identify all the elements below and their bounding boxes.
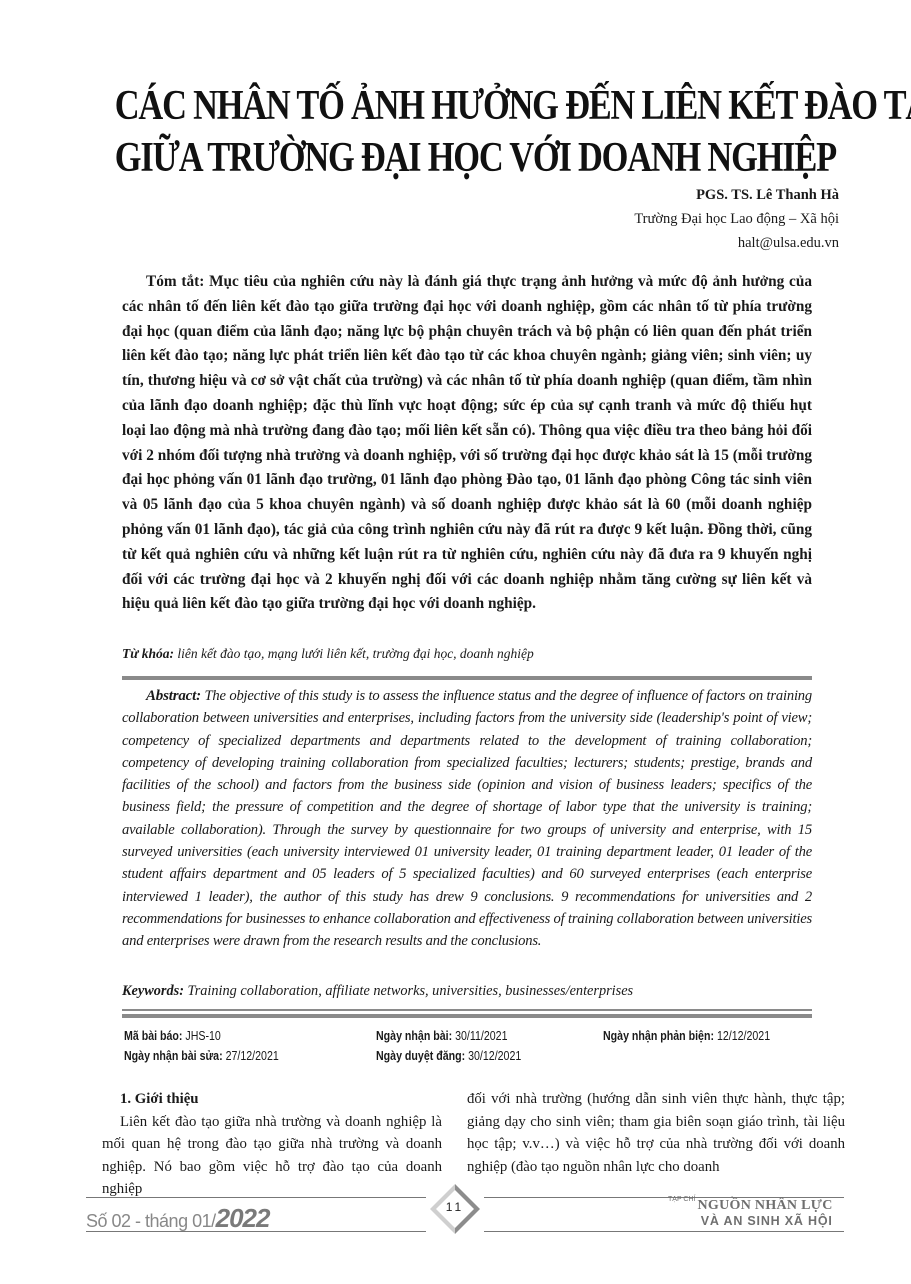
author-email[interactable]: halt@ulsa.edu.vn: [634, 231, 839, 255]
author-name: PGS. TS. Lê Thanh Hà: [634, 183, 839, 207]
abstract-english: Abstract: The objective of this study is…: [122, 685, 812, 953]
meta-divider-thick: [122, 1014, 812, 1018]
meta-received-value: 30/11/2021: [455, 1029, 507, 1043]
meta-review-value: 12/12/2021: [717, 1029, 770, 1043]
footer-line-top-left: [86, 1197, 426, 1198]
intro-paragraph-left: Liên kết đào tạo giữa nhà trường và doan…: [102, 1111, 442, 1201]
keywords-vi-label: Từ khóa:: [122, 646, 174, 661]
meta-review-label: Ngày nhận phản biện:: [603, 1029, 714, 1043]
meta-code-label: Mã bài báo:: [124, 1029, 182, 1043]
keywords-en-text: Training collaboration, affiliate networ…: [188, 983, 634, 999]
abstract-vietnamese: Tóm tắt: Mục tiêu của nghiên cứu này là …: [122, 270, 812, 617]
issue-year: 2022: [216, 1203, 270, 1233]
body-column-left: 1. Giới thiệu Liên kết đào tạo giữa nhà …: [102, 1088, 442, 1201]
meta-accepted-label: Ngày duyệt đăng:: [376, 1049, 465, 1063]
section-divider: [122, 676, 812, 680]
meta-accepted-value: 30/12/2021: [468, 1049, 521, 1063]
keywords-english: Keywords: Training collaboration, affili…: [122, 983, 633, 1000]
author-affiliation: Trường Đại học Lao động – Xã hội: [634, 207, 839, 231]
journal-brand: TẠP CHÍNGUỒN NHÂN LỰC VÀ AN SINH XÃ HỘI: [668, 1196, 833, 1228]
meta-revised-date: Ngày nhận bài sửa: 27/12/2021: [124, 1046, 279, 1066]
issue-text: Số 02 - tháng 01/: [86, 1211, 216, 1231]
keywords-vi-text: liên kết đào tạo, mạng lưới liên kết, tr…: [177, 646, 533, 661]
page-number: 11: [428, 1200, 482, 1214]
footer-line-bottom-right: [484, 1231, 844, 1232]
title-line-2: GIỮA TRƯỜNG ĐẠI HỌC VỚI DOANH NGHIỆP: [115, 132, 796, 184]
abstract-vi-text: Mục tiêu của nghiên cứu này là đánh giá …: [122, 273, 812, 612]
meta-divider-thin: [122, 1009, 812, 1011]
meta-revised-value: 27/12/2021: [226, 1049, 279, 1063]
title-line-1: CÁC NHÂN TỐ ẢNH HƯỞNG ĐẾN LIÊN KẾT ĐÀO T…: [115, 80, 796, 132]
abstract-vi-label: Tóm tắt:: [146, 273, 204, 290]
article-title: CÁC NHÂN TỐ ẢNH HƯỞNG ĐẾN LIÊN KẾT ĐÀO T…: [115, 80, 796, 184]
author-block: PGS. TS. Lê Thanh Hà Trường Đại học Lao …: [634, 183, 839, 255]
meta-accepted-date: Ngày duyệt đăng: 30/12/2021: [376, 1046, 521, 1066]
body-column-right: đối với nhà trường (hướng dẫn sinh viên …: [467, 1088, 845, 1178]
meta-received-label: Ngày nhận bài:: [376, 1029, 452, 1043]
journal-name-line-2: VÀ AN SINH XÃ HỘI: [668, 1214, 833, 1228]
section-heading-intro: 1. Giới thiệu: [102, 1088, 442, 1111]
meta-received-date: Ngày nhận bài: 30/11/2021: [376, 1026, 508, 1046]
keywords-vietnamese: Từ khóa: liên kết đào tạo, mạng lưới liê…: [122, 646, 534, 662]
journal-name-line-1: NGUỒN NHÂN LỰC: [698, 1198, 833, 1213]
keywords-en-label: Keywords:: [122, 983, 184, 999]
meta-article-code: Mã bài báo: JHS-10: [124, 1026, 221, 1046]
journal-prefix: TẠP CHÍ: [668, 1196, 696, 1203]
meta-code-value: JHS-10: [185, 1029, 220, 1043]
issue-info: Số 02 - tháng 01/2022: [86, 1203, 269, 1234]
intro-paragraph-right: đối với nhà trường (hướng dẫn sinh viên …: [467, 1088, 845, 1178]
meta-revised-label: Ngày nhận bài sửa:: [124, 1049, 223, 1063]
meta-review-date: Ngày nhận phản biện: 12/12/2021: [603, 1026, 770, 1046]
abstract-en-label: Abstract:: [146, 688, 201, 704]
abstract-en-text: The objective of this study is to assess…: [122, 688, 812, 949]
